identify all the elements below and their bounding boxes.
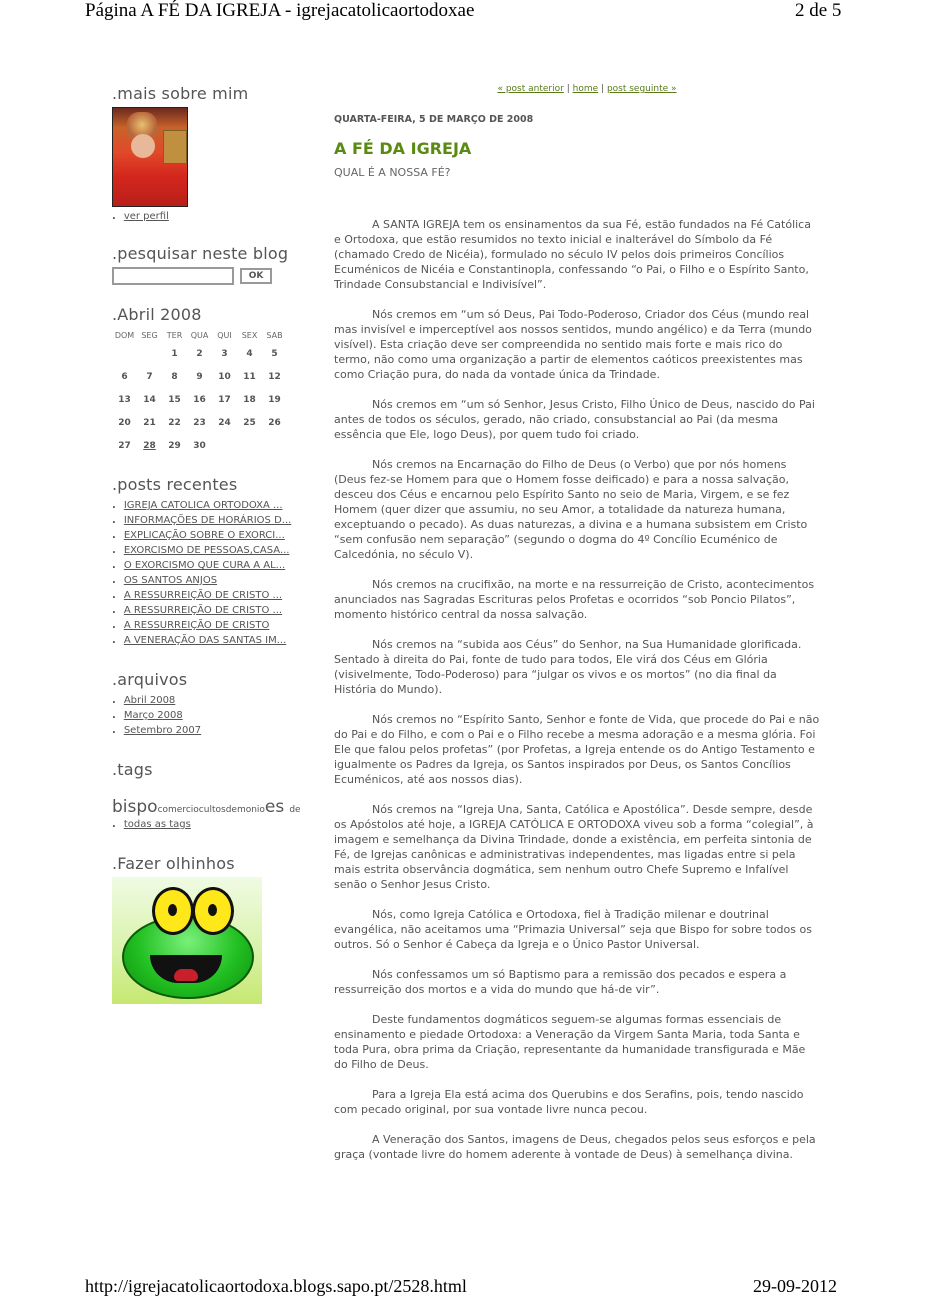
frog-eye-icon	[192, 887, 234, 935]
tag-link[interactable]: de	[289, 805, 300, 815]
print-page-number: 2 de 5	[795, 0, 841, 22]
search-section: .pesquisar neste blog OK	[112, 244, 300, 285]
recent-post-link[interactable]: EXPLICAÇÃO SOBRE O EXORCI...	[124, 530, 285, 541]
tag-link[interactable]: cultos	[199, 805, 226, 815]
calendar-day: 29	[162, 434, 187, 457]
calendar-day: 8	[162, 365, 187, 388]
recent-post-link[interactable]: O EXORCISMO QUE CURA A AL...	[124, 560, 285, 571]
list-item: ver perfil	[112, 209, 300, 224]
search-form: OK	[112, 267, 300, 285]
weekday: SEG	[137, 328, 162, 342]
archives-list: Abril 2008 Março 2008 Setembro 2007	[112, 693, 300, 738]
archive-link[interactable]: Abril 2008	[124, 695, 175, 706]
post-paragraph: A Veneração dos Santos, imagens de Deus,…	[334, 1132, 820, 1162]
list-item: IGREJA CATOLICA ORTODOXA ...	[112, 498, 300, 513]
archive-link[interactable]: Março 2008	[124, 710, 183, 721]
about-links: ver perfil	[112, 209, 300, 224]
calendar-day: 11	[237, 365, 262, 388]
print-url: http://igrejacatolicaortodoxa.blogs.sapo…	[85, 1276, 467, 1297]
icon-frame-image	[163, 130, 187, 164]
calendar-day: 25	[237, 411, 262, 434]
archives-section: .arquivos Abril 2008 Março 2008 Setembro…	[112, 670, 300, 738]
weekday: SEX	[237, 328, 262, 342]
calendar-day: 23	[187, 411, 212, 434]
calendar-week: 6 7 8 9 10 11 12	[112, 365, 287, 388]
calendar-day	[112, 342, 137, 365]
search-title: .pesquisar neste blog	[112, 244, 300, 263]
list-item: A RESSURREIÇÃO DE CRISTO ...	[112, 588, 300, 603]
calendar-section: .Abril 2008 DOM SEG TER QUA QUI SEX SAB …	[112, 305, 300, 457]
list-item: A RESSURREIÇÃO DE CRISTO	[112, 618, 300, 633]
list-item: EXORCISMO DE PESSOAS,CASA...	[112, 543, 300, 558]
calendar-table: DOM SEG TER QUA QUI SEX SAB 1 2 3 4	[112, 328, 287, 457]
recent-post-link[interactable]: A RESSURREIÇÃO DE CRISTO	[124, 620, 270, 631]
tags-links: todas as tags	[112, 817, 300, 832]
calendar-day: 19	[262, 388, 287, 411]
recent-post-link[interactable]: IGREJA CATOLICA ORTODOXA ...	[124, 500, 283, 511]
view-profile-link[interactable]: ver perfil	[124, 211, 169, 222]
calendar-day	[237, 434, 262, 457]
tag-cloud: bispocomerciocultosdemonioes de casasexo…	[112, 785, 300, 817]
post-navigation: « post anterior | home | post seguinte »	[334, 84, 820, 94]
tags-title: .tags	[112, 760, 300, 779]
post-paragraph: A SANTA IGREJA tem os ensinamentos da su…	[334, 217, 820, 292]
recent-posts-list: IGREJA CATOLICA ORTODOXA ... INFORMAÇÕES…	[112, 498, 300, 648]
frog-tongue-icon	[174, 969, 198, 981]
post-paragraph: Nós cremos na “subida aos Céus” do Senho…	[334, 637, 820, 697]
wink-title: .Fazer olhinhos	[112, 854, 300, 873]
tag-link[interactable]: comercio	[158, 805, 199, 815]
calendar-day: 9	[187, 365, 212, 388]
calendar-day: 7	[137, 365, 162, 388]
calendar-day: 12	[262, 365, 287, 388]
home-link[interactable]: home	[573, 84, 599, 94]
list-item: OS SANTOS ANJOS	[112, 573, 300, 588]
print-page-title: Página A FÉ DA IGREJA - igrejacatolicaor…	[85, 0, 474, 22]
archive-link[interactable]: Setembro 2007	[124, 725, 201, 736]
recent-post-link[interactable]: OS SANTOS ANJOS	[124, 575, 217, 586]
search-input[interactable]	[112, 267, 234, 285]
list-item: A VENERAÇÃO DAS SANTAS IM...	[112, 633, 300, 648]
weekday: SAB	[262, 328, 287, 342]
profile-photo[interactable]	[112, 107, 188, 207]
list-item: Setembro 2007	[112, 723, 300, 738]
post-paragraph: Nós cremos no “Espírito Santo, Senhor e …	[334, 712, 820, 787]
post-title: A FÉ DA IGREJA	[334, 139, 820, 158]
all-tags-link[interactable]: todas as tags	[124, 819, 191, 830]
calendar-day: 13	[112, 388, 137, 411]
calendar-day: 27	[112, 434, 137, 457]
next-post-link[interactable]: post seguinte »	[607, 84, 677, 94]
calendar-week: 13 14 15 16 17 18 19	[112, 388, 287, 411]
print-header: Página A FÉ DA IGREJA - igrejacatolicaor…	[0, 0, 926, 26]
post-paragraph: Para a Igreja Ela está acima dos Querubi…	[334, 1087, 820, 1117]
recent-posts-title: .posts recentes	[112, 475, 300, 494]
weekday: TER	[162, 328, 187, 342]
post-paragraph: Nós cremos na crucifixão, na morte e na …	[334, 577, 820, 622]
post-paragraph: Nós cremos na “Igreja Una, Santa, Católi…	[334, 802, 820, 892]
calendar-day: 26	[262, 411, 287, 434]
nav-separator: |	[601, 84, 604, 94]
list-item: Março 2008	[112, 708, 300, 723]
calendar-week: 27 28 29 30	[112, 434, 287, 457]
calendar-day: 18	[237, 388, 262, 411]
post-paragraph: Nós cremos na Encarnação do Filho de Deu…	[334, 457, 820, 562]
archives-title: .arquivos	[112, 670, 300, 689]
sidebar: .mais sobre mim ver perfil .pesquisar ne…	[112, 84, 300, 1026]
post-paragraph: Nós cremos em “um só Senhor, Jesus Crist…	[334, 397, 820, 442]
frog-wink-image[interactable]	[112, 877, 262, 1004]
calendar-day: 17	[212, 388, 237, 411]
calendar-day: 20	[112, 411, 137, 434]
post-paragraph: Deste fundamentos dogmáticos seguem-se a…	[334, 1012, 820, 1072]
calendar-day: 14	[137, 388, 162, 411]
print-date: 29-09-2012	[753, 1276, 837, 1297]
calendar-day: 21	[137, 411, 162, 434]
weekday: DOM	[112, 328, 137, 342]
tag-link[interactable]: es	[265, 797, 284, 816]
nav-separator: |	[567, 84, 570, 94]
calendar-day: 24	[212, 411, 237, 434]
calendar-day: 10	[212, 365, 237, 388]
list-item: EXPLICAÇÃO SOBRE O EXORCI...	[112, 528, 300, 543]
weekday: QUA	[187, 328, 212, 342]
recent-post-link[interactable]: A VENERAÇÃO DAS SANTAS IM...	[124, 635, 286, 646]
calendar-title: .Abril 2008	[112, 305, 300, 324]
about-section: .mais sobre mim ver perfil	[112, 84, 300, 224]
list-item: todas as tags	[112, 817, 300, 832]
recent-post-link[interactable]: A RESSURREIÇÃO DE CRISTO ...	[124, 590, 282, 601]
calendar-day: 2	[187, 342, 212, 365]
calendar-day: 3	[212, 342, 237, 365]
calendar-day: 6	[112, 365, 137, 388]
calendar-day: 16	[187, 388, 212, 411]
search-ok-button[interactable]: OK	[240, 268, 272, 284]
calendar-day: 30	[187, 434, 212, 457]
calendar-day: 22	[162, 411, 187, 434]
calendar-day	[212, 434, 237, 457]
recent-post-link[interactable]: A RESSURREIÇÃO DE CRISTO ...	[124, 605, 282, 616]
tag-link[interactable]: demonio	[226, 805, 265, 815]
calendar-day-link[interactable]: 28	[137, 434, 162, 457]
calendar-weekdays: DOM SEG TER QUA QUI SEX SAB	[112, 328, 287, 342]
list-item: INFORMAÇÕES DE HORÁRIOS D...	[112, 513, 300, 528]
post-paragraph: Nós confessamos um só Baptismo para a re…	[334, 967, 820, 997]
recent-post-link[interactable]: EXORCISMO DE PESSOAS,CASA...	[124, 545, 290, 556]
tags-section: .tags bispocomerciocultosdemonioes de ca…	[112, 760, 300, 832]
list-item: Abril 2008	[112, 693, 300, 708]
calendar-week: 1 2 3 4 5	[112, 342, 287, 365]
list-item: O EXORCISMO QUE CURA A AL...	[112, 558, 300, 573]
post-body: A SANTA IGREJA tem os ensinamentos da su…	[334, 217, 820, 1162]
weekday: QUI	[212, 328, 237, 342]
about-title: .mais sobre mim	[112, 84, 300, 103]
calendar-week: 20 21 22 23 24 25 26	[112, 411, 287, 434]
recent-posts-section: .posts recentes IGREJA CATOLICA ORTODOXA…	[112, 475, 300, 648]
calendar-day: 5	[262, 342, 287, 365]
main-content: « post anterior | home | post seguinte »…	[334, 84, 820, 1177]
post-subtitle: QUAL É A NOSSA FÉ?	[334, 166, 820, 179]
calendar-day: 15	[162, 388, 187, 411]
post-paragraph: Nós, como Igreja Católica e Ortodoxa, fi…	[334, 907, 820, 952]
print-footer: http://igrejacatolicaortodoxa.blogs.sapo…	[0, 1276, 926, 1298]
tag-link[interactable]: bispo	[112, 797, 158, 816]
wink-section: .Fazer olhinhos	[112, 854, 300, 1004]
calendar-day	[137, 342, 162, 365]
calendar-day	[262, 434, 287, 457]
post-paragraph: Nós cremos em “um só Deus, Pai Todo-Pode…	[334, 307, 820, 382]
post-date: QUARTA-FEIRA, 5 DE MARÇO DE 2008	[334, 114, 820, 125]
recent-post-link[interactable]: INFORMAÇÕES DE HORÁRIOS D...	[124, 515, 292, 526]
calendar-day: 4	[237, 342, 262, 365]
face-image	[131, 134, 155, 158]
calendar-day: 1	[162, 342, 187, 365]
frog-eye-icon	[152, 887, 194, 935]
previous-post-link[interactable]: « post anterior	[497, 84, 563, 94]
list-item: A RESSURREIÇÃO DE CRISTO ...	[112, 603, 300, 618]
